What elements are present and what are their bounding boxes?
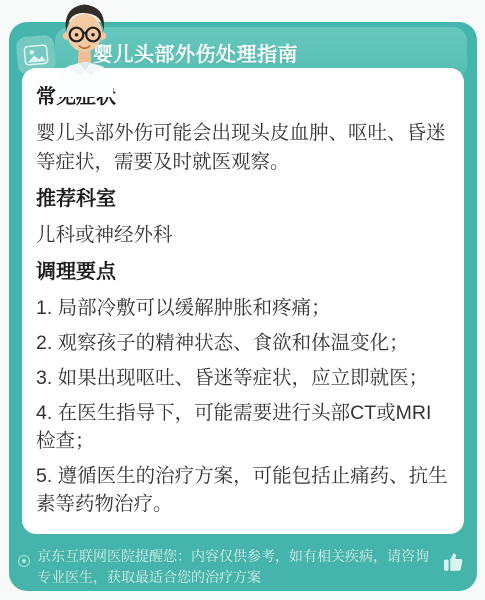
disclaimer-text: 京东互联网医院提醒您：内容仅供参考，如有相关疾病，请咨询专业医生，获取最适合您的… xyxy=(37,546,433,588)
care-point-item: 2. 观察孩子的精神状态、食欲和体温变化； xyxy=(36,329,450,357)
section-heading-care-points: 调理要点 xyxy=(36,259,450,285)
care-point-item: 1. 局部冷敷可以缓解肿胀和疼痛； xyxy=(36,294,450,322)
thumbs-up-icon[interactable] xyxy=(440,549,466,575)
section-heading-department: 推荐科室 xyxy=(36,186,450,212)
section-body-symptoms: 婴儿头部外伤可能会出现头皮血肿、呕吐、昏迷等症状，需要及时就医观察。 xyxy=(36,119,450,177)
doctor-avatar xyxy=(49,1,121,97)
card-title: 婴儿头部外伤处理指南 xyxy=(93,38,298,67)
guide-card-frame: 婴儿头部外伤处理指南 常见症状 婴儿头部外伤可能会出现头皮血肿、呕吐、昏迷等症状… xyxy=(9,22,477,591)
care-point-item: 4. 在医生指导下，可能需要进行头部CT或MRI检查； xyxy=(36,399,450,455)
care-point-item: 5. 遵循医生的治疗方案，可能包括止痛药、抗生素等药物治疗。 xyxy=(36,462,450,518)
content-card: 常见症状 婴儿头部外伤可能会出现头皮血肿、呕吐、昏迷等症状，需要及时就医观察。 … xyxy=(22,68,464,534)
care-point-item: 3. 如果出现呕吐、昏迷等症状，应立即就医； xyxy=(36,364,450,392)
section-body-department: 儿科或神经外科 xyxy=(36,221,450,250)
disclaimer-footer: 京东互联网医院提醒您：内容仅供参考，如有相关疾病，请咨询专业医生，获取最适合您的… xyxy=(18,546,468,588)
info-circle-icon xyxy=(18,555,30,567)
